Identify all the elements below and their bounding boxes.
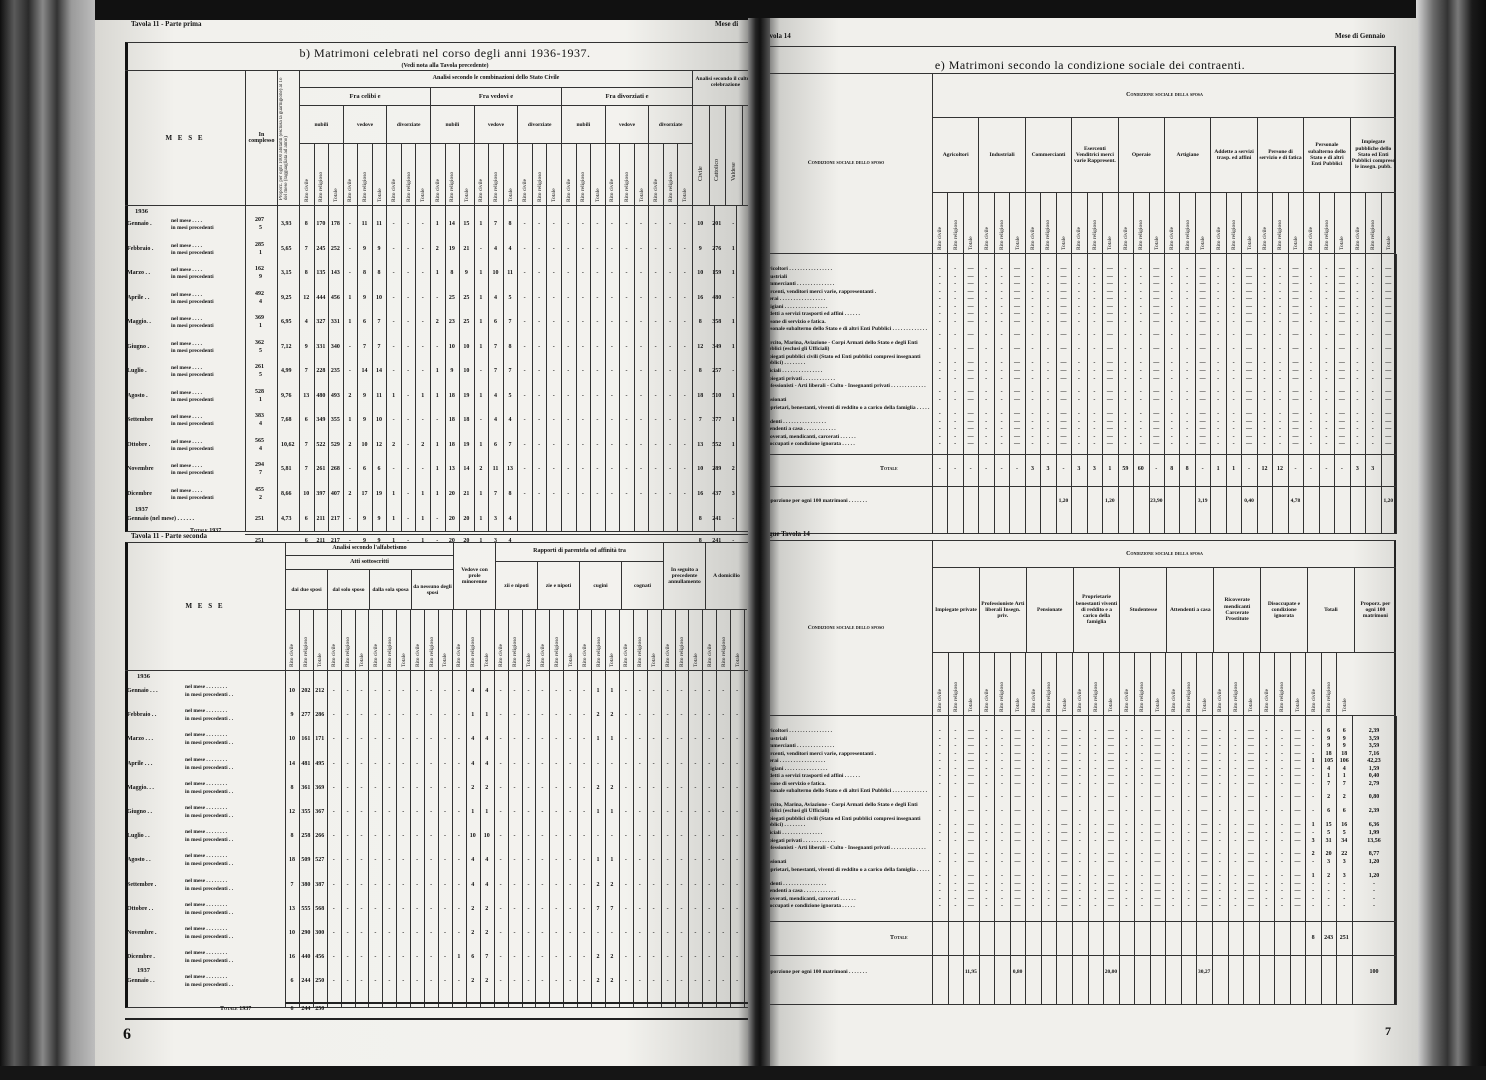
table-cell-dash: — [1103, 859, 1119, 865]
table-cell-dash: - [1259, 758, 1275, 764]
table-cell-dash: - [549, 906, 563, 912]
condizione-row-label: Pensionati [762, 859, 930, 865]
table-cell-dash: - [1212, 888, 1228, 894]
table-cell-dash: - [663, 344, 678, 350]
table-cell: 178 [328, 221, 343, 227]
table-cell-dash: - [1303, 397, 1318, 403]
rite-label: Totale [317, 613, 323, 667]
table-cell-dash: - [675, 906, 689, 912]
table-cell-dash: - [438, 688, 452, 694]
table-cell-dash: — [1150, 830, 1166, 836]
table-cell-dash: - [1212, 896, 1228, 902]
table-cell-dash: - [1165, 830, 1181, 836]
table-cell-dash: - [1088, 881, 1104, 887]
table-cell-dash: - [1087, 389, 1102, 395]
table-cell-dash: — [1009, 304, 1024, 310]
rite-col-header: Totale [1150, 653, 1166, 715]
month-label: Ottobre . . [127, 906, 153, 912]
table-cell: 1 [430, 270, 445, 276]
table-cell-dash: — [1010, 736, 1026, 742]
table-cell-dash: — [1381, 434, 1396, 440]
table-cell-dash: - [1303, 311, 1318, 317]
table-cell-dash: — [1102, 426, 1117, 432]
table-cell-dash: - [1319, 360, 1334, 366]
table-title-b: b) Matrimoni celebrati nel corso degli a… [245, 44, 645, 69]
totale-cell: - [947, 466, 962, 472]
table-cell-dash: - [368, 978, 382, 984]
proporzione-cell: 3,59 [1352, 736, 1396, 742]
table-cell-dash: — [963, 368, 978, 374]
totali-cell: - [1336, 896, 1352, 902]
proporzione-cell: 0,40 [1352, 773, 1396, 779]
table-cell-dash: - [410, 930, 424, 936]
table-cell-dash: - [1133, 411, 1148, 417]
table-cell-dash: - [1210, 311, 1225, 317]
table-cell: 1 [415, 491, 430, 497]
sposa-group-header: Proporz. per ogni 100 matrimoni [1354, 568, 1396, 653]
table-cell-dash: - [1134, 758, 1150, 764]
table-cell: - [474, 417, 489, 423]
table-cell-dash: - [1181, 873, 1197, 879]
table-cell-dash: - [1025, 376, 1040, 382]
totale-cell: 250 [313, 1006, 327, 1012]
table-cell-dash: - [522, 785, 536, 791]
rite-label: Rito religioso [953, 196, 959, 250]
table-cell-dash: - [1164, 397, 1179, 403]
table-cell: 349 [314, 417, 329, 423]
culto-cell: 1 [725, 344, 742, 350]
table-cell-dash: - [688, 712, 702, 718]
totali-cell: - [1305, 736, 1321, 742]
table-cell-dash: - [675, 761, 689, 767]
table-cell-dash: - [932, 289, 947, 295]
rite-label: Rito civile [1217, 656, 1223, 712]
left-page: Tavola 11 - Parte prima Mese di b) Matri… [95, 20, 758, 1068]
table-cell-dash: — [1009, 296, 1024, 302]
table-cell-dash: - [1133, 319, 1148, 325]
table-cell-dash: - [1040, 296, 1055, 302]
table-cell-dash: - [438, 857, 452, 863]
table-cell-dash: - [1087, 304, 1102, 310]
table-cell-dash: - [1319, 281, 1334, 287]
table-cell-dash: — [963, 426, 978, 432]
rite-col-header: Rito civile [327, 610, 341, 670]
table-cell-dash: — [1103, 881, 1119, 887]
sposa-group-header: Agricoltori [932, 118, 978, 193]
table-cell-dash: - [341, 785, 355, 791]
table-cell-dash: — [1196, 838, 1212, 844]
culto-cell: - [725, 516, 742, 522]
culto-cell: 10 [692, 270, 709, 276]
table-cell-dash: — [1056, 766, 1072, 772]
table-cell-dash: - [1071, 397, 1086, 403]
table-cell-dash: - [590, 491, 605, 497]
table-cell-dash: - [1119, 743, 1135, 749]
proporzione-cell: 2,39 [1352, 728, 1396, 734]
table-cell-dash: - [1040, 360, 1055, 366]
table-cell-dash: - [605, 466, 620, 472]
rule [760, 921, 1396, 922]
table-cell: - [386, 344, 401, 350]
table-cell: 19 [459, 393, 474, 399]
rite-col-header: Totale [1381, 193, 1396, 253]
table-cell-dash: — [1102, 397, 1117, 403]
table-cell-dash: - [1025, 274, 1040, 280]
table-cell-dash: — [1009, 419, 1024, 425]
table-cell-dash: - [1303, 266, 1318, 272]
table-cell-dash: - [1259, 736, 1275, 742]
table-cell: 161 [299, 736, 313, 742]
rite-label: Totale [568, 613, 574, 667]
table-cell-dash: - [979, 794, 995, 800]
totali-cell: 4 [1336, 766, 1352, 772]
table-cell-dash: - [549, 833, 563, 839]
table-cell-dash: - [1272, 289, 1287, 295]
table-cell: 8 [285, 785, 299, 791]
proporzione-label: Proporz. per ogni 1000 abitanti (esclusa… [279, 75, 299, 200]
rite-col-header: Rito civile [1259, 653, 1275, 715]
table-cell-vedove: - [452, 736, 466, 742]
table-cell: 18 [445, 442, 460, 448]
rite-col-header: Rito civile [285, 610, 299, 670]
table-cell-dash: - [1257, 266, 1272, 272]
table-cell-dash: - [663, 221, 678, 227]
table-cell-dash: - [1212, 773, 1228, 779]
table-cell-dash: - [1274, 903, 1290, 909]
table-cell-dash: — [1102, 360, 1117, 366]
table-cell: 355 [328, 417, 343, 423]
table-cell-dash: — [1056, 896, 1072, 902]
table-cell-dash: - [1133, 426, 1148, 432]
table-cell-dash: - [1165, 808, 1181, 814]
rite-col-header: Totale [590, 144, 605, 205]
table-cell-dash: - [1071, 368, 1086, 374]
table-cell-dash: - [1118, 289, 1133, 295]
table-cell: 481 [299, 761, 313, 767]
table-cell-dash: - [978, 319, 993, 325]
table-cell-dash: - [438, 736, 452, 742]
table-cell-dash: — [1150, 873, 1166, 879]
table-cell-dash: - [546, 442, 561, 448]
totale-cell: - [1334, 466, 1349, 472]
table-cell-dash: - [508, 882, 522, 888]
table-cell-dash: — [1196, 808, 1212, 814]
table-cell-dash: - [702, 785, 716, 791]
rite-label: Totale [693, 613, 699, 667]
table-cell-dash: - [1226, 346, 1241, 352]
rite-label: Rito civile [391, 147, 397, 202]
table-cell-dash: - [1025, 838, 1041, 844]
sub-label-nel-mese: nel mese . . . . [171, 316, 202, 322]
proporzione-cell: - [1352, 896, 1396, 902]
table-cell-dash: - [1179, 360, 1194, 366]
table-cell-dash: - [1072, 851, 1088, 857]
table-cell-dash: - [1259, 728, 1275, 734]
table-cell-dash: — [1102, 411, 1117, 417]
table-cell-dash: - [438, 833, 452, 839]
table-cell-dash: — [1056, 360, 1071, 366]
totali-cell: 3 [1321, 859, 1337, 865]
table-cell-dash: - [932, 881, 948, 887]
rite-col-header: Rito religioso [1181, 653, 1197, 715]
table-cell-dash: - [355, 978, 369, 984]
table-cell-dash: - [932, 808, 948, 814]
table-cell-dash: - [716, 785, 730, 791]
value-in-complesso: 207 [255, 217, 264, 223]
totali-cell: 3 [1336, 859, 1352, 865]
table-cell-dash: - [410, 978, 424, 984]
table-cell-dash: — [1241, 274, 1256, 280]
table-cell-dash: - [947, 426, 962, 432]
table-cell: 367 [313, 809, 327, 815]
table-cell-dash: - [508, 833, 522, 839]
rite-label: Totale [968, 656, 974, 712]
table-cell-vedove: 4 [480, 688, 494, 694]
table-cell-dash: - [932, 888, 948, 894]
table-cell-dash: - [932, 838, 948, 844]
table-cell-dash: - [1164, 426, 1179, 432]
table-cell-dash: - [994, 319, 1009, 325]
table-cell-dash: - [948, 830, 964, 836]
table-cell-dash: - [1040, 419, 1055, 425]
table-cell-cugini: 7 [591, 906, 605, 912]
sub-label-prec: in mesi precedenti . . [185, 958, 233, 964]
table-cell-dash: - [730, 761, 744, 767]
table-cell-dash: — [1241, 266, 1256, 272]
table-cell-dash: - [532, 319, 547, 325]
rite-col-header: Rito religioso [1087, 193, 1102, 253]
table-cell-dash: - [368, 857, 382, 863]
culto-cell: 8 [692, 516, 709, 522]
table-cell: 527 [313, 857, 327, 863]
totale-totali-cell: 251 [1336, 935, 1352, 941]
table-cell-dash: - [932, 332, 947, 338]
table-cell: - [386, 221, 401, 227]
right-page: Tavola 14 Mese di Gennaio e) Matrimoni s… [760, 18, 1418, 1068]
rite-col-header: Rito civile [661, 610, 675, 670]
table-cell-dash: - [1164, 368, 1179, 374]
table-cell-dash: - [948, 838, 964, 844]
table-cell-dash: - [994, 808, 1010, 814]
table-cell-dash: — [1241, 304, 1256, 310]
table-cell-dash: - [932, 751, 948, 757]
group-dai-due-sposi: dai due sposi [285, 570, 327, 610]
table-cell-vedove: - [452, 978, 466, 984]
table-cell-dash: - [1272, 389, 1287, 395]
table-cell-dash: — [963, 419, 978, 425]
sub-label-nel-mese: nel mese . . . . [171, 390, 202, 396]
table-cell-dash: — [1195, 332, 1210, 338]
rite-col-header: Rito religioso [1226, 193, 1241, 253]
table-cell-dash: - [355, 785, 369, 791]
table-cell-cugini: 2 [591, 785, 605, 791]
table-cell-dash: — [963, 888, 979, 894]
rite-col-header: Totale [1288, 193, 1303, 253]
rite-label: Rito religioso [429, 613, 435, 667]
table-cell-dash: — [1150, 838, 1166, 844]
totali-cell: 18 [1321, 751, 1337, 757]
totali-cell: - [1305, 881, 1321, 887]
table-cell: 7 [299, 466, 314, 472]
table-cell-dash: - [1319, 397, 1334, 403]
table-cell-dash: - [1118, 376, 1133, 382]
sub-label-prec: in mesi precedenti [171, 446, 214, 452]
table-cell-dash: - [948, 781, 964, 787]
table-cell-dash: - [1025, 281, 1040, 287]
table-cell-dash: - [1040, 304, 1055, 310]
table-cell-dash: - [994, 781, 1010, 787]
table-cell-dash: - [1181, 743, 1197, 749]
table-cell-dash: - [1228, 896, 1244, 902]
table-cell-vedove: 1 [466, 712, 480, 718]
table-cell-dash: — [1241, 397, 1256, 403]
table-cell-dash: - [382, 833, 396, 839]
table-cell: - [386, 417, 401, 423]
table-cell-dash: - [661, 785, 675, 791]
rule [760, 955, 1396, 956]
table-cell-dash: - [1041, 873, 1057, 879]
table-cell: 5 [503, 393, 518, 399]
table-cell-dash: - [647, 857, 661, 863]
table-cell-dash: - [532, 295, 547, 301]
rite-col-header: Rito civile [577, 610, 591, 670]
month-label: Gennaio . [127, 221, 152, 227]
table-cell-dash: - [410, 954, 424, 960]
value-in-complesso: 162 [255, 266, 264, 272]
table-cell-dash: - [1181, 728, 1197, 734]
table-cell-dash: — [963, 822, 979, 828]
rite-label: Rito religioso [387, 613, 393, 667]
table-cell-dash: - [1119, 781, 1135, 787]
table-cell-dash: — [1102, 274, 1117, 280]
value-proporzione: 5,81 [281, 466, 292, 472]
table-cell-dash: - [663, 442, 678, 448]
table-cell-dash: - [1303, 281, 1318, 287]
table-cell: 1 [343, 319, 358, 325]
table-cell-dash: - [1072, 794, 1088, 800]
table-cell-dash: - [327, 833, 341, 839]
group-cugini: cugini [579, 562, 621, 610]
rite-label: Totale [484, 613, 490, 667]
group-cognati: cognati [621, 562, 663, 610]
table-cell: 6 [285, 978, 299, 984]
condizione-row-label: Esercito, Marina, Aviazione - Corpi Arma… [762, 340, 930, 353]
table-cell-dash: - [1319, 274, 1334, 280]
sub-label-prec: in mesi precedenti . . [185, 765, 233, 771]
table-cell-dash: — [1243, 743, 1259, 749]
table-cell-dash: - [1228, 851, 1244, 857]
totali-cell: - [1321, 888, 1337, 894]
table-cell-dash: - [947, 441, 962, 447]
table-cell-dash: - [396, 736, 410, 742]
table-cell-dash: - [948, 766, 964, 772]
table-cell-dash: — [1381, 441, 1396, 447]
table-cell-dash: - [661, 857, 675, 863]
table-cell-dash: - [947, 376, 962, 382]
table-cell-dash: — [1290, 838, 1306, 844]
table-cell-dash: - [1226, 289, 1241, 295]
table-cell-dash: — [1195, 360, 1210, 366]
table-cell-dash: - [563, 930, 577, 936]
rite-col-header: Totale [730, 610, 744, 670]
table-cell-dash: - [517, 319, 532, 325]
table-cell-dash: - [1087, 368, 1102, 374]
table-cell-dash: - [1212, 781, 1228, 787]
table-cell-dash: - [508, 978, 522, 984]
table-cell-dash: - [355, 761, 369, 767]
table-cell-dash: - [1179, 311, 1194, 317]
table-cell-dash: - [1210, 289, 1225, 295]
rite-col-header: Totale [1243, 653, 1259, 715]
rite-col-header: Rito religioso [445, 144, 460, 205]
condizione-row-label: Pensionati [762, 397, 930, 403]
table-cell-dash: - [1071, 434, 1086, 440]
header-condizione-sposo: Condizione sociale dello sposo [760, 73, 932, 253]
running-head-left-page-right: Mese di [715, 20, 738, 28]
rite-label: Rito civile [1030, 196, 1036, 250]
sub-label-prec: in mesi precedenti [171, 421, 214, 427]
table-cell-dash: — [1290, 794, 1306, 800]
table-cell-vedove: 2 [480, 906, 494, 912]
sub-label-nel-mese: nel mese . . . . . . . . [185, 732, 227, 738]
table-cell-dash: — [1241, 368, 1256, 374]
table-cell-dash: — [1056, 434, 1071, 440]
table-cell-dash: — [1243, 903, 1259, 909]
table-cell-dash: - [549, 882, 563, 888]
table-cell-dash: - [1179, 296, 1194, 302]
table-cell-dash: — [1381, 266, 1396, 272]
condizione-row-label: Disoccupati e condizione ignorata . . . … [762, 903, 930, 909]
table-cell-dash: - [605, 319, 620, 325]
rite-col-header: Rito civile [1164, 193, 1179, 253]
table-cell: 9 [357, 516, 372, 522]
table-cell-dash: - [619, 466, 634, 472]
table-cell-dash: - [424, 809, 438, 815]
table-cell-dash: — [1056, 289, 1071, 295]
rite-col-header: Rito religioso [382, 610, 396, 670]
table-cell-dash: - [994, 751, 1010, 757]
rite-label: Rito civile [984, 656, 990, 712]
condizione-row-label: Impiegati pubblici civili (Stato ed Enti… [762, 354, 930, 367]
column-rule [277, 206, 278, 532]
table-cell-dash: - [1257, 332, 1272, 338]
table-cell-dash: - [532, 246, 547, 252]
rite-col-header: Totale [372, 144, 387, 205]
table-cell-dash: — [963, 859, 979, 865]
month-label: Aprile . . [127, 295, 149, 301]
table-cell-dash: - [1072, 808, 1088, 814]
table-cell-dash: - [561, 368, 576, 374]
table-cell: 1 [343, 295, 358, 301]
table-cell-dash: — [1195, 281, 1210, 287]
table-cell-dash: - [494, 906, 508, 912]
table-cell: 1 [474, 221, 489, 227]
rite-label: Totale [1386, 196, 1392, 250]
rite-label: Rito religioso [318, 147, 324, 202]
table-cell-dash: - [1119, 851, 1135, 857]
table-cell-dash: - [1041, 859, 1057, 865]
table-cell-dash: - [677, 344, 692, 350]
table-cell-dash: - [1025, 881, 1041, 887]
table-cell-dash: - [979, 773, 995, 779]
table-cell: - [415, 295, 430, 301]
table-cell-dash: — [963, 758, 979, 764]
table-cell-dash: — [963, 743, 979, 749]
table-cell: 9 [357, 295, 372, 301]
rite-label: Rito religioso [1139, 656, 1145, 712]
table-cell-dash: — [1381, 397, 1396, 403]
book-gutter [748, 18, 770, 1073]
